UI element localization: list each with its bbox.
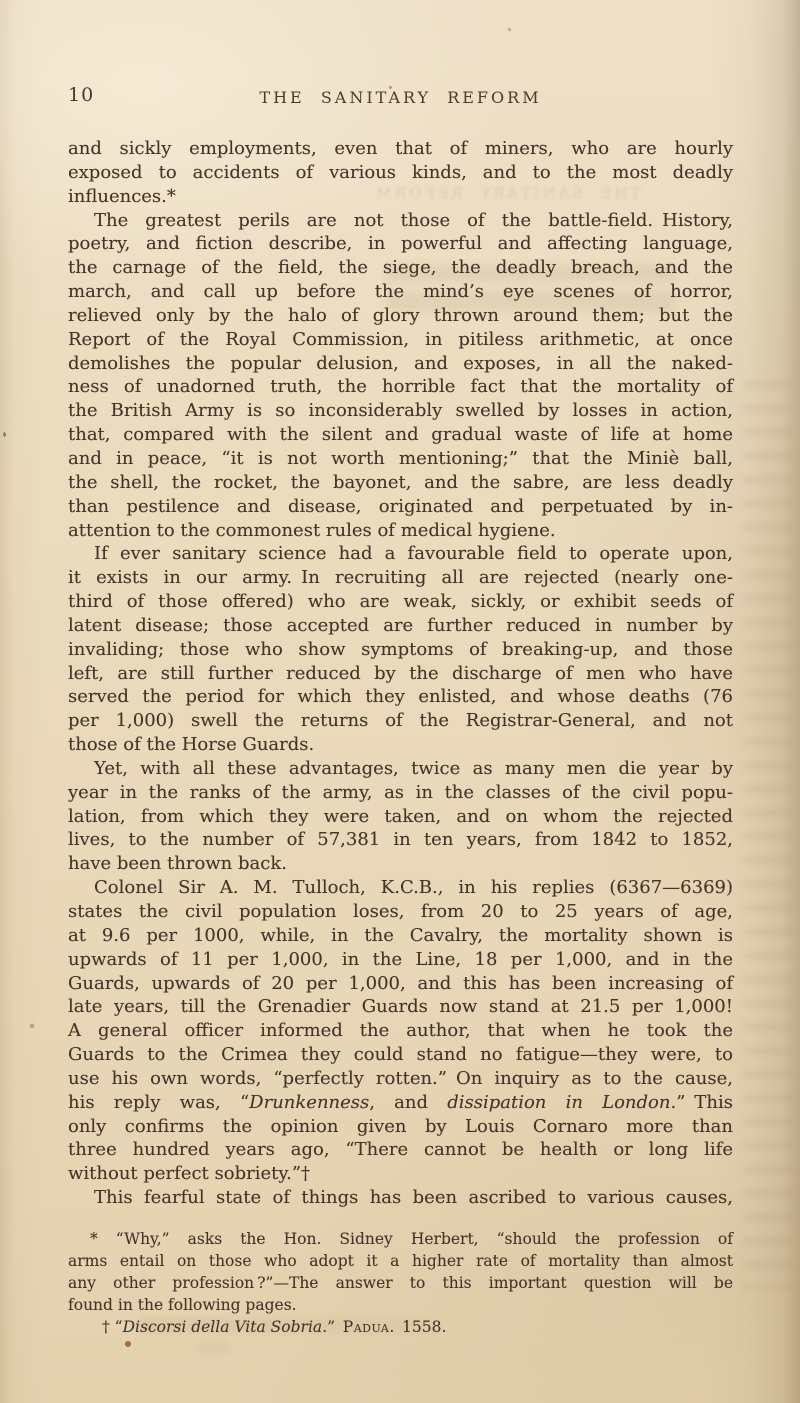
foxing-speck <box>508 28 511 31</box>
text-line: third of those offered) who are weak, si… <box>68 590 733 614</box>
running-title: THE SANITARY REFORM <box>68 88 733 107</box>
text-run: year in the ranks of the army, as in the… <box>68 782 733 803</box>
text-line: it exists in our army. In recruiting all… <box>68 566 733 590</box>
text-line: Report of the Royal Commission, in pitil… <box>68 328 733 352</box>
text-line: only confirms the opinion given by Louis… <box>68 1115 733 1139</box>
text-run: the shell, the rocket, the bayonet, and … <box>68 472 733 493</box>
text-line: Yet, with all these advantages, twice as… <box>68 757 733 781</box>
text-run: march, and call up before the mind’s eye… <box>68 281 733 302</box>
text-run: demolishes the popular delusion, and exp… <box>68 353 733 374</box>
text-line: at 9.6 per 1000, while, in the Cavalry, … <box>68 924 733 948</box>
text-run: arms entail on those who adopt it a high… <box>68 1252 733 1270</box>
text-run: Colonel Sir A. M. Tulloch, K.C.B., in hi… <box>94 877 733 898</box>
text-line: served the period for which they enliste… <box>68 685 733 709</box>
text-run: per 1,000) swell the returns of the Regi… <box>68 710 733 731</box>
text-line: left, are still further reduced by the d… <box>68 662 733 686</box>
text-line: upwards of 11 per 1,000, in the Line, 18… <box>68 948 733 972</box>
text-line: Colonel Sir A. M. Tulloch, K.C.B., in hi… <box>68 876 733 900</box>
body-text: and sickly employments, even that of min… <box>68 137 733 1210</box>
text-run: served the period for which they enliste… <box>68 686 733 707</box>
text-run: the carnage of the field, the siege, the… <box>68 257 733 278</box>
text-run: , and <box>369 1092 447 1113</box>
text-run: any other profession ?”—The answer to th… <box>68 1274 733 1292</box>
text-line: per 1,000) swell the returns of the Regi… <box>68 709 733 733</box>
text-run: it exists in our army. In recruiting all… <box>68 567 733 588</box>
text-line: without perfect sobriety.”† <box>68 1162 733 1186</box>
text-run: late years, till the Grenadier Guards no… <box>68 996 733 1017</box>
text-line: attention to the commonest rules of medi… <box>68 519 733 543</box>
text-line: relieved only by the halo of glory throw… <box>68 304 733 328</box>
foxing-speck <box>30 1024 34 1028</box>
text-line: any other profession ?”—The answer to th… <box>68 1272 733 1294</box>
text-line: If ever sanitary science had a favourabl… <box>68 542 733 566</box>
text-run: .” This <box>670 1092 733 1113</box>
text-run: exposed to accidents of various kinds, a… <box>68 162 733 183</box>
text-line: the carnage of the field, the siege, the… <box>68 256 733 280</box>
text-line: lives, to the number of 57,381 in ten ye… <box>68 828 733 852</box>
text-run: have been thrown back. <box>68 853 287 874</box>
text-run: lives, to the number of 57,381 in ten ye… <box>68 829 733 850</box>
text-line: three hundred years ago, “There cannot b… <box>68 1138 733 1162</box>
text-run: the British Army is so inconsiderably sw… <box>68 400 733 421</box>
small-caps-text: Padua <box>343 1318 390 1336</box>
text-run: at 9.6 per 1000, while, in the Cavalry, … <box>68 925 733 946</box>
text-line: than pestilence and disease, originated … <box>68 495 733 519</box>
text-line: exposed to accidents of various kinds, a… <box>68 161 733 185</box>
text-line: his reply was, “Drunkenness, and dissipa… <box>68 1091 733 1115</box>
foxing-speck <box>3 432 6 437</box>
text-line: have been thrown back. <box>68 852 733 876</box>
text-line: The greatest perils are not those of the… <box>68 209 733 233</box>
text-run: left, are still further reduced by the d… <box>68 663 733 684</box>
text-line: that, compared with the silent and gradu… <box>68 423 733 447</box>
text-line: states the civil population loses, from … <box>68 900 733 924</box>
text-line: use his own words, “perfectly rotten.” O… <box>68 1067 733 1091</box>
text-run: and sickly employments, even that of min… <box>68 138 733 159</box>
text-line: This fearful state of things has been as… <box>68 1186 733 1210</box>
text-run: without perfect sobriety.”† <box>68 1163 310 1184</box>
text-run: and in peace, “it is not worth mentionin… <box>68 448 733 469</box>
text-run: attention to the commonest rules of medi… <box>68 520 556 541</box>
italic-text: Drunkenness <box>249 1092 369 1113</box>
text-run: † “ <box>102 1318 123 1336</box>
text-run: use his own words, “perfectly rotten.” O… <box>68 1068 733 1089</box>
text-run: influences.* <box>68 186 176 207</box>
show-through-margin-column <box>742 380 792 1290</box>
text-run: only confirms the opinion given by Louis… <box>68 1116 733 1137</box>
text-run: . 1558. <box>389 1318 446 1336</box>
show-through-bottom-mark <box>198 1342 228 1353</box>
text-line: Guards to the Crimea they could stand no… <box>68 1043 733 1067</box>
text-line: found in the following pages. <box>68 1294 733 1316</box>
text-line: and sickly employments, even that of min… <box>68 137 733 161</box>
text-run: Report of the Royal Commission, in pitil… <box>68 329 733 350</box>
text-line: † “Discorsi della Vita Sobria.” Padua. 1… <box>68 1316 733 1338</box>
text-line: latent disease; those accepted are furth… <box>68 614 733 638</box>
text-line: arms entail on those who adopt it a high… <box>68 1250 733 1272</box>
text-run: .” <box>322 1318 343 1336</box>
text-run: If ever sanitary science had a favourabl… <box>94 543 733 564</box>
text-run: upwards of 11 per 1,000, in the Line, 18… <box>68 949 733 970</box>
text-run: Guards to the Crimea they could stand no… <box>68 1044 733 1065</box>
text-line: the British Army is so inconsiderably sw… <box>68 399 733 423</box>
text-run: A general officer informed the author, t… <box>68 1020 733 1041</box>
text-run: latent disease; those accepted are furth… <box>68 615 733 636</box>
text-line: A general officer informed the author, t… <box>68 1019 733 1043</box>
text-line: late years, till the Grenadier Guards no… <box>68 995 733 1019</box>
text-run: The greatest perils are not those of the… <box>94 210 733 231</box>
text-run: that, compared with the silent and gradu… <box>68 424 733 445</box>
text-run: Guards, upwards of 20 per 1,000, and thi… <box>68 973 733 994</box>
text-run: than pestilence and disease, originated … <box>68 496 733 517</box>
text-line: * “Why,” asks the Hon. Sidney Herbert, “… <box>68 1228 733 1250</box>
text-line: and in peace, “it is not worth mentionin… <box>68 447 733 471</box>
text-run: This fearful state of things has been as… <box>94 1187 733 1208</box>
text-line: poetry, and fiction describe, in powerfu… <box>68 232 733 256</box>
text-run: Yet, with all these advantages, twice as… <box>94 758 733 779</box>
text-run: found in the following pages. <box>68 1296 297 1314</box>
italic-text: Discorsi della Vita Sobria <box>123 1318 323 1336</box>
text-line: influences.* <box>68 185 733 209</box>
text-line: the shell, the rocket, the bayonet, and … <box>68 471 733 495</box>
text-run: relieved only by the halo of glory throw… <box>68 305 733 326</box>
text-run: his reply was, “ <box>68 1092 249 1113</box>
text-run: three hundred years ago, “There cannot b… <box>68 1139 733 1160</box>
text-line: ness of unadorned truth, the horrible fa… <box>68 375 733 399</box>
foxing-speck <box>125 1341 131 1347</box>
text-run: invaliding; those who show symptoms of b… <box>68 639 733 660</box>
text-line: march, and call up before the mind’s eye… <box>68 280 733 304</box>
text-run: * “Why,” asks the Hon. Sidney Herbert, “… <box>90 1230 733 1248</box>
text-line: those of the Horse Guards. <box>68 733 733 757</box>
italic-text: dissipation in London <box>447 1092 670 1113</box>
text-line: demolishes the popular delusion, and exp… <box>68 352 733 376</box>
text-run: poetry, and fiction describe, in powerfu… <box>68 233 733 254</box>
book-page: THE SANITARY REFORM 10 THE SANITARY REFO… <box>0 0 800 1403</box>
text-line: invaliding; those who show symptoms of b… <box>68 638 733 662</box>
footnotes: * “Why,” asks the Hon. Sidney Herbert, “… <box>68 1228 733 1338</box>
text-line: year in the ranks of the army, as in the… <box>68 781 733 805</box>
text-run: those of the Horse Guards. <box>68 734 314 755</box>
text-run: states the civil population loses, from … <box>68 901 733 922</box>
text-run: lation, from which they were taken, and … <box>68 806 733 827</box>
text-run: third of those offered) who are weak, si… <box>68 591 733 612</box>
text-run: ness of unadorned truth, the horrible fa… <box>68 376 733 397</box>
text-line: lation, from which they were taken, and … <box>68 805 733 829</box>
text-line: Guards, upwards of 20 per 1,000, and thi… <box>68 972 733 996</box>
